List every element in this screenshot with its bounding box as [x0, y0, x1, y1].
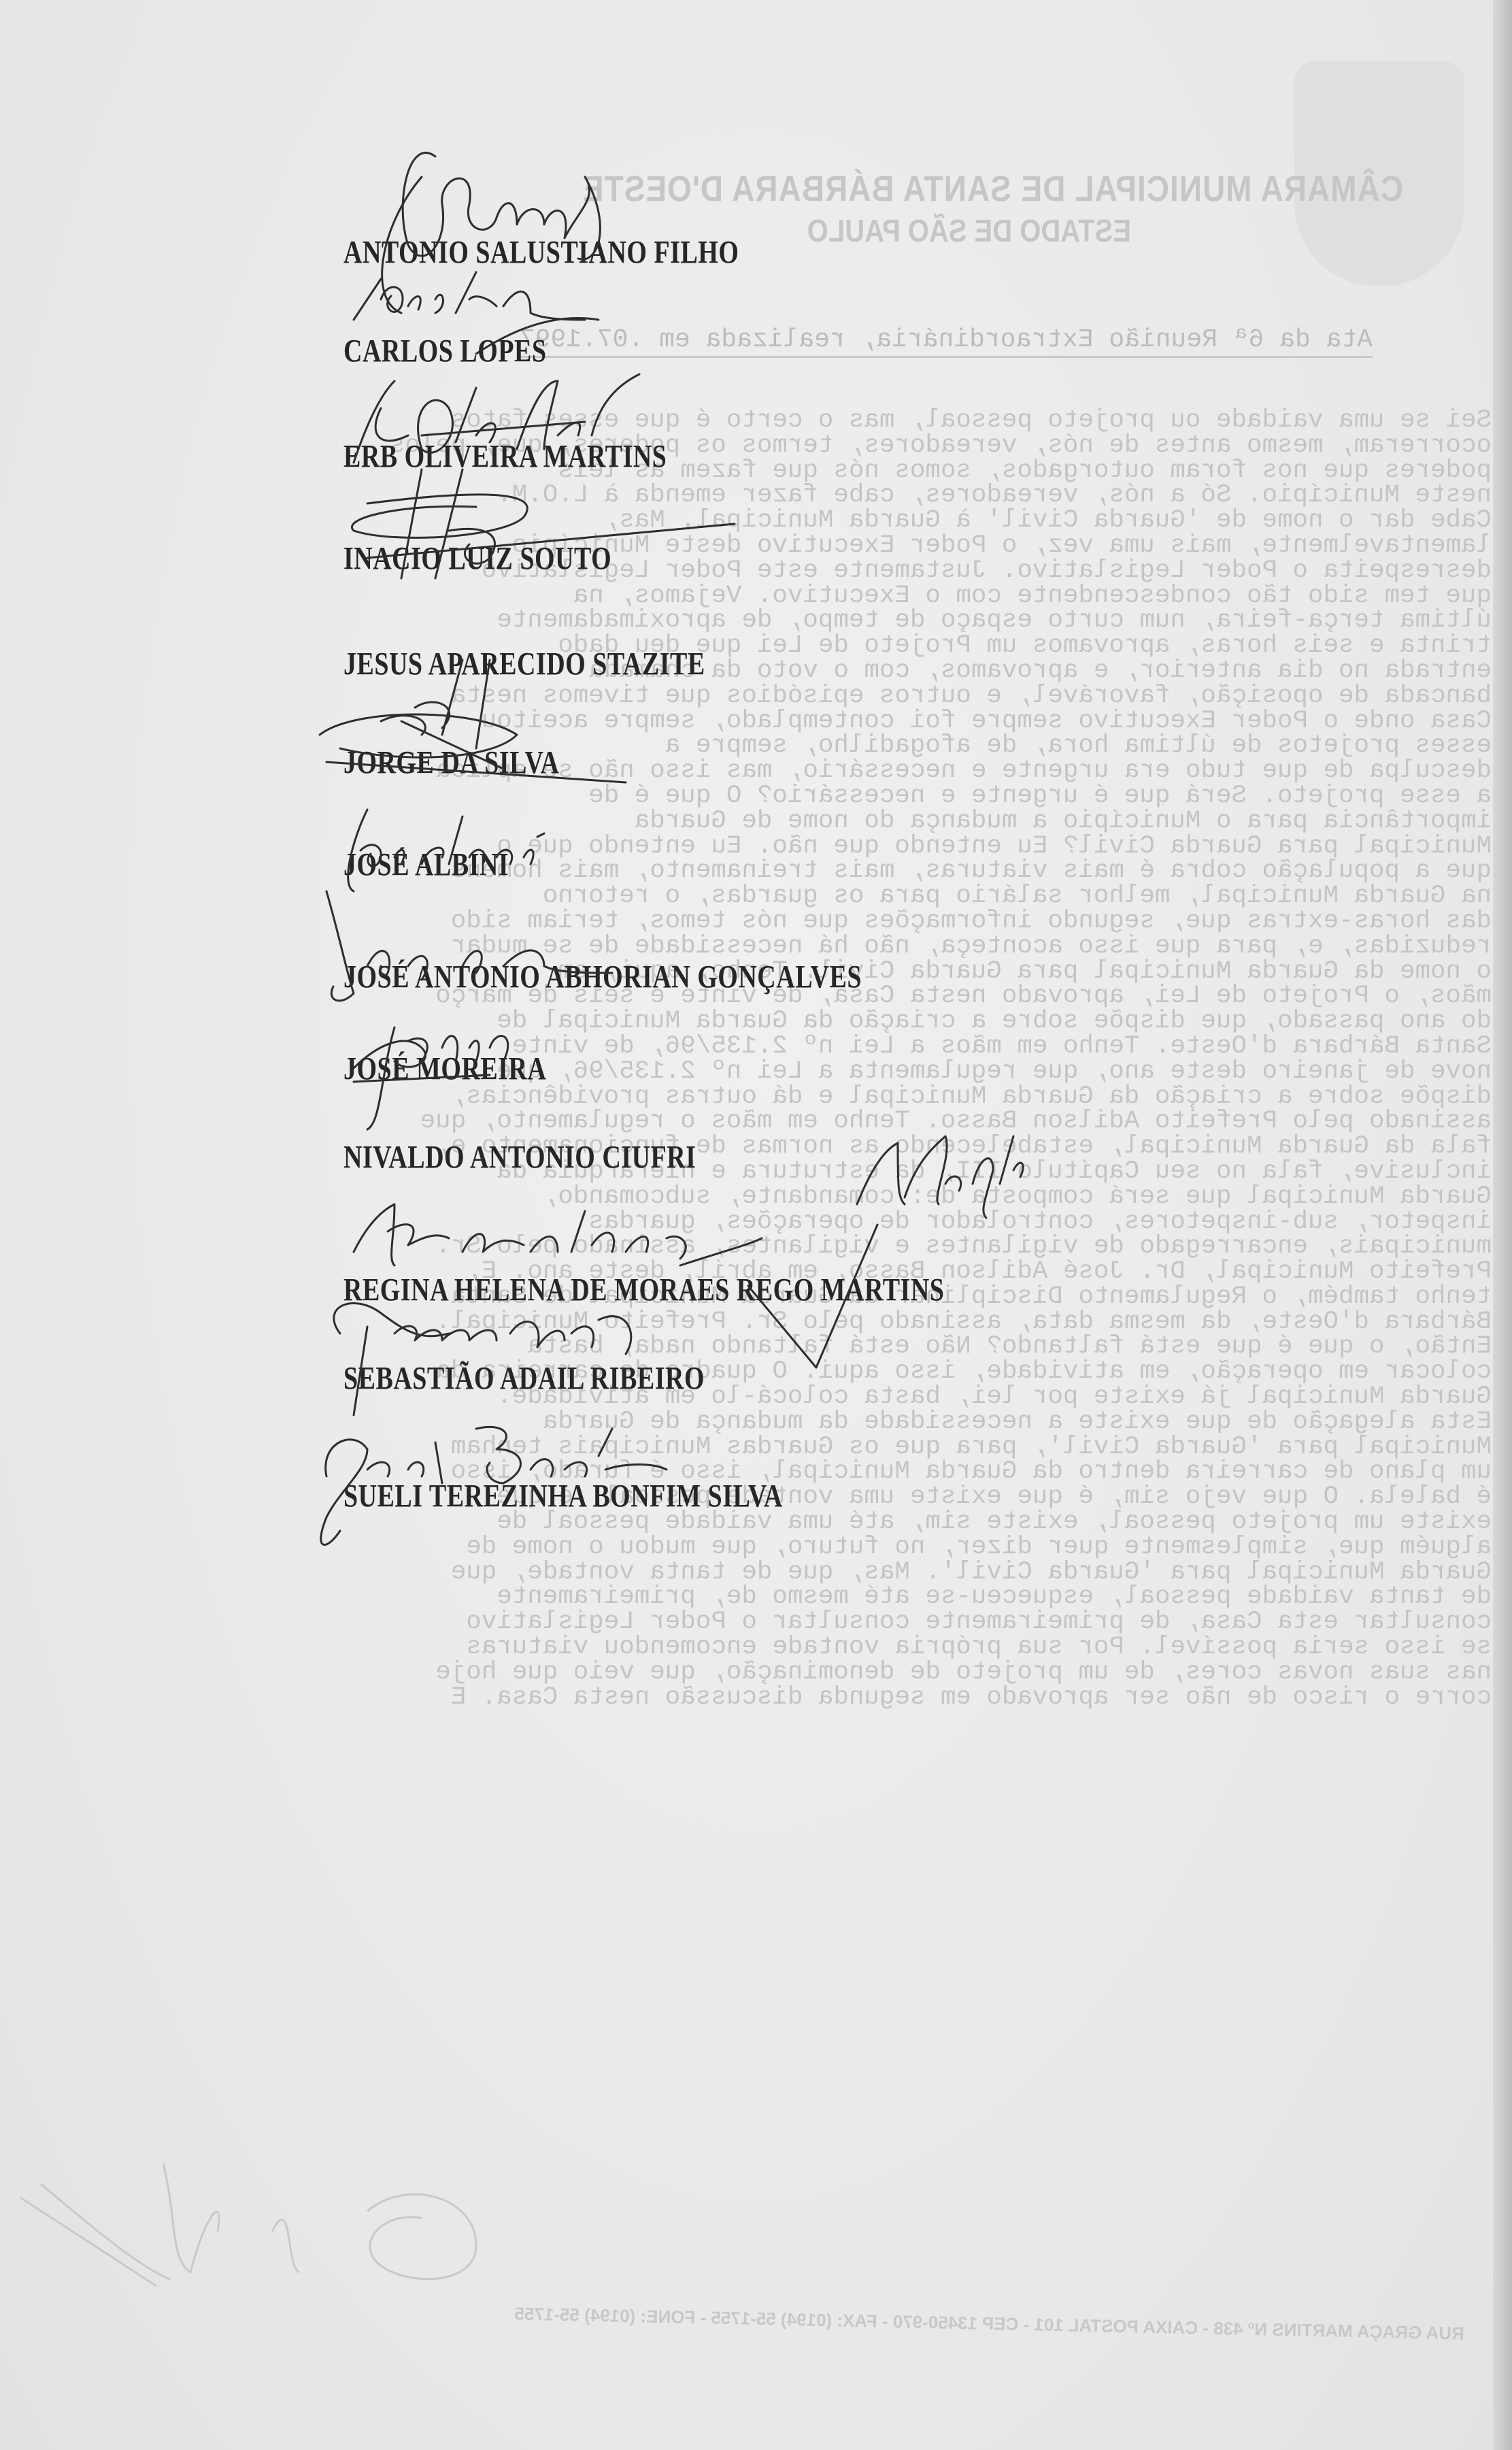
- signatory-name: REGINA HELENA DE MORAES REGO MARTINS: [343, 1272, 944, 1309]
- signatory-list: ANTONIO SALUSTIANO FILHOCARLOS LOPESERB …: [0, 0, 1512, 2450]
- signatory-name: CARLOS LOPES: [343, 333, 546, 370]
- signatory-name: SUELI TEREZINHA BONFIM SILVA: [343, 1478, 783, 1515]
- signatory-name: ANTONIO SALUSTIANO FILHO: [343, 234, 739, 271]
- signatory-name: JOSÉ ALBINI: [343, 846, 509, 884]
- signatory-name: SEBASTIÃO ADAIL RIBEIRO: [343, 1360, 705, 1397]
- signatory-name: JOSÉ MOREIRA: [343, 1050, 546, 1088]
- signatory-name: INACIO LUIZ SOUTO: [343, 540, 611, 578]
- signatory-name: ERB OLIVEIRA MARTINS: [343, 438, 667, 476]
- signatory-name: JORGE DA SILVA: [343, 744, 559, 782]
- signatory-name: NIVALDO ANTONIO CIUFRI: [343, 1139, 696, 1176]
- signatory-name: JESUS APARECIDO STAZITE: [343, 646, 705, 683]
- signatory-name: JOSÉ ANTONIO ABHORIAN GONÇALVES: [343, 959, 862, 996]
